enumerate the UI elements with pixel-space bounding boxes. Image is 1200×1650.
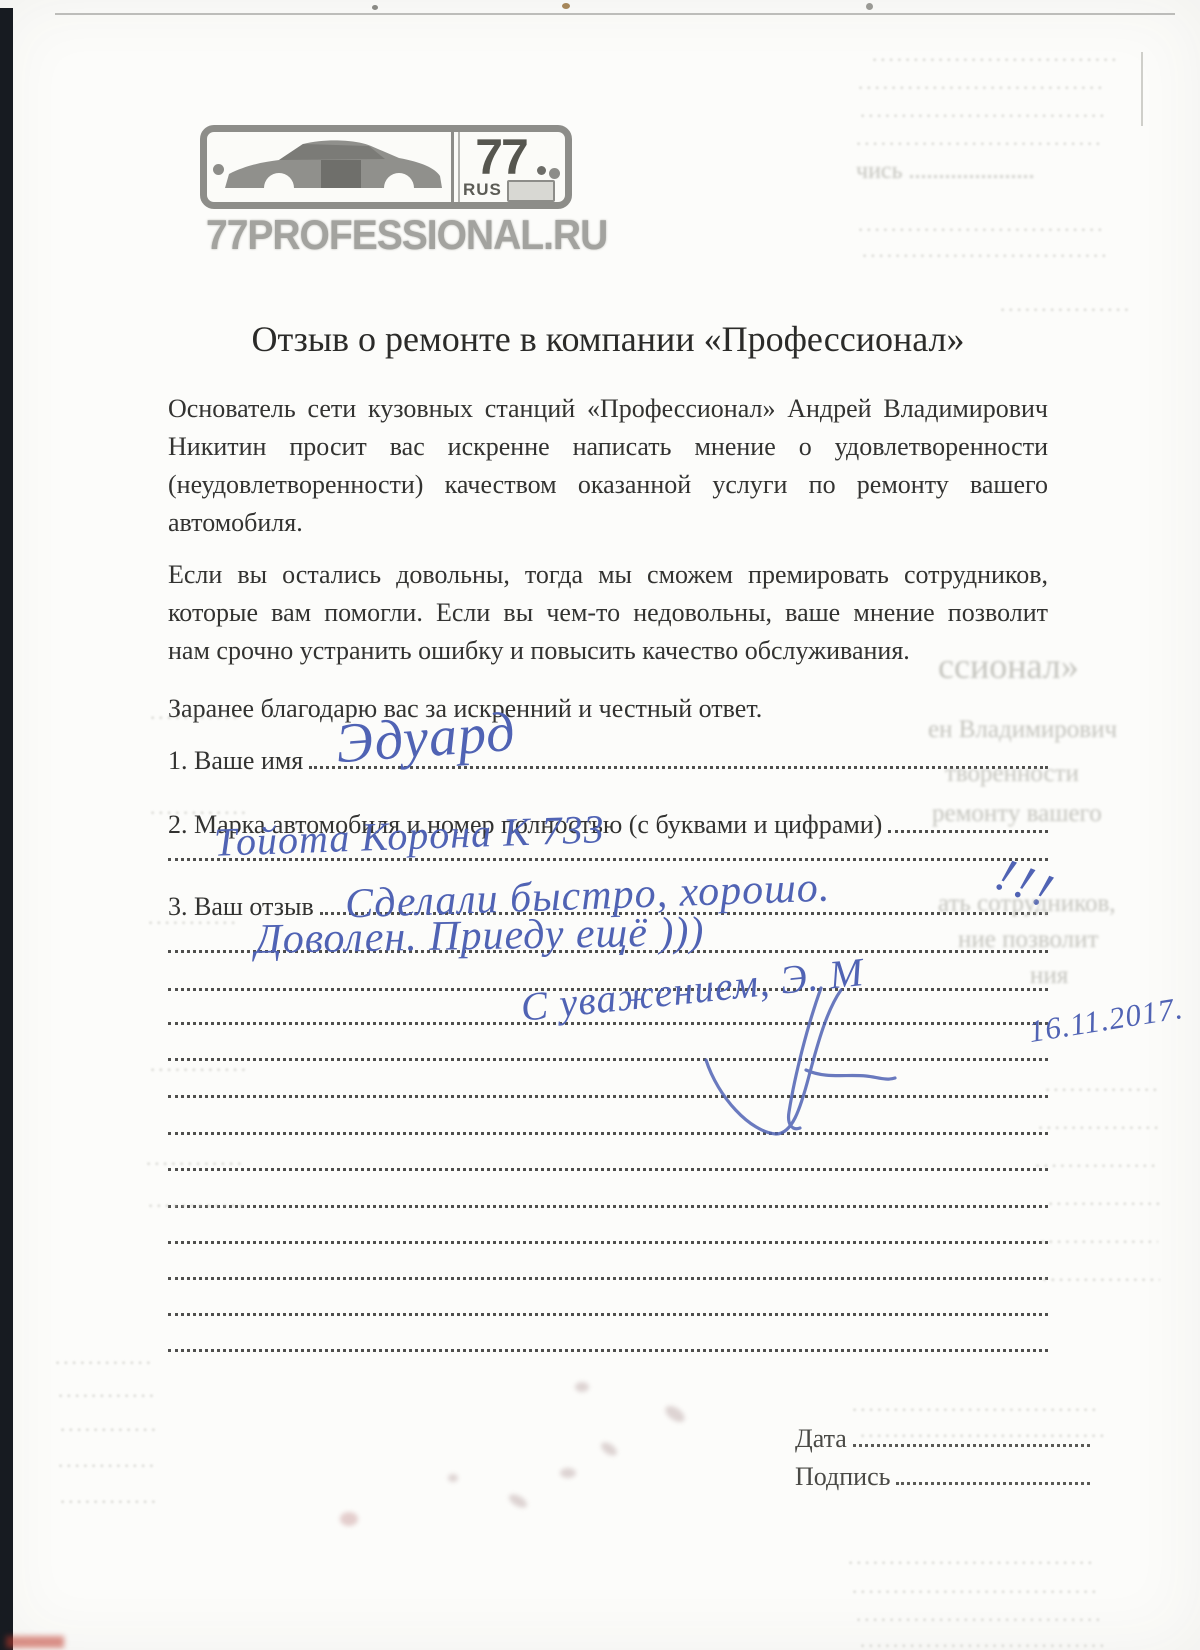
scan-smudge [507,1492,529,1511]
field-name: 1. Ваше имя [168,740,1048,776]
ghost-bleedthrough: ................ [146,1146,246,1171]
handwritten-name: Эдуард [334,700,518,776]
ghost-bleedthrough: .............................. [848,1545,1143,1570]
plate-number: 77 [465,128,537,186]
handwritten-review-line-2: Доволен. Приеду ещё ))) [255,908,705,964]
ghost-bleedthrough: ................ [60,1484,158,1509]
ghost-bleedthrough: .............................. [862,238,1147,263]
ghost-bleedthrough: ................ [1042,1262,1160,1287]
ghost-bleedthrough: ................ [150,795,245,820]
signature-label: Подпись [795,1462,890,1492]
dotted-line [168,1241,1048,1244]
plate-dot [537,166,546,175]
paragraph-line: автомобиля. [168,504,1048,542]
ghost-bleedthrough: ................ [150,1052,250,1077]
scan-speck [372,5,378,10]
ghost-bleedthrough: ................ [1035,1148,1160,1173]
scan-smudge [663,1403,688,1425]
handwritten-date: 16.11.2017. [1026,990,1186,1050]
scan-smudge [560,1468,576,1478]
scan-speck [562,3,570,9]
paragraph-line: Если вы остались довольны, тогда мы смож… [168,556,1048,594]
dotted-line [853,1444,1090,1447]
ghost-bleedthrough: ................ [150,700,240,725]
paragraph-line: Никитин просит вас искренне написать мне… [168,428,1048,466]
license-plate-logo: 77 RUS [200,125,572,209]
ghost-bleedthrough: .............................. [872,42,1142,67]
ghost-bleedthrough: ния [1030,962,1068,990]
ghost-bleedthrough: ен Владимирович [928,716,1117,744]
ghost-bleedthrough: .............................. [856,1602,1144,1627]
ghost-bleedthrough: ................ [58,1378,158,1403]
scan-smudge [575,1382,589,1392]
paragraph-line: (неудовлетворенности) качеством оказанно… [168,466,1048,504]
ghost-bleedthrough: ................ [1045,1072,1160,1097]
logo-site-text: 77PROFESSIONAL.RU [206,212,586,260]
intro-paragraph-1: Основатель сети кузовных станций «Профес… [168,390,1048,542]
scan-top-line [55,13,1175,15]
car-silhouette-icon [221,136,447,202]
dotted-line [168,1277,1048,1280]
scan-red-mark [6,1636,64,1648]
dotted-line [888,830,1048,833]
footer-signature: Подпись [795,1462,1090,1492]
ghost-bleedthrough: ................ [1038,1110,1158,1135]
ghost-bleedthrough: ................ [60,1412,158,1437]
paragraph-line: Основатель сети кузовных станций «Профес… [168,390,1048,428]
dotted-line [168,1205,1048,1208]
dotted-line [168,1313,1048,1316]
ghost-bleedthrough: ................ [1048,1186,1160,1211]
ghost-bleedthrough: ать сотрудников, [938,890,1116,918]
ghost-bleedthrough: .............................. [860,1418,1140,1443]
ghost-bleedthrough: ................ [148,905,238,930]
ghost-bleedthrough: ................ [148,1188,243,1213]
ghost-bleedthrough: ссионал» [938,645,1079,687]
ghost-bleedthrough: ................ [55,1345,155,1370]
date-label: Дата [795,1424,847,1454]
plate-bolt-icon [549,168,560,179]
ghost-bleedthrough: .............................. [856,126,1151,151]
ghost-bleedthrough: ................ [1000,292,1150,317]
scanned-feedback-form: 77 RUS 77PROFESSIONAL.RU Отзыв о ремонте… [0,0,1200,1650]
plate-bolt-icon [213,164,224,175]
page-title: Отзыв о ремонте в компании «Профессионал… [168,318,1048,360]
ghost-bleedthrough: .............................. [860,98,1150,123]
dotted-line [168,1349,1048,1352]
ghost-bleedthrough: .............................. [858,70,1148,95]
thanks-line: Заранее благодарю вас за искренний и чес… [168,690,1048,728]
scan-smudge [448,1474,458,1482]
plate-divider [451,132,460,202]
paragraph-line: которые вам помогли. Если вы чем-то недо… [168,594,1048,632]
dotted-line [896,1482,1090,1485]
ghost-bleedthrough: ние позволит [958,926,1098,954]
field-name-label: 1. Ваше имя [168,746,303,776]
ghost-bleedthrough: ................ [1040,1224,1158,1249]
ghost-bleedthrough: .............................. [858,212,1148,237]
ghost-bleedthrough: .............................. [852,1574,1142,1599]
ghost-bleedthrough: .............................. [852,1392,1142,1417]
handwritten-signature [688,982,918,1147]
ghost-bleedthrough: ремонту вашего [932,800,1102,828]
ghost-bleedthrough: чись ..................... [856,158,1035,185]
scan-smudge [599,1440,619,1459]
ghost-bleedthrough: творенности [945,760,1079,788]
intro-paragraph-2: Если вы остались довольны, тогда мы смож… [168,556,1048,670]
paragraph-line: нам срочно устранить ошибку и повысить к… [168,632,1048,670]
plate-flag [507,180,555,202]
ghost-bleedthrough: ................ [58,1448,158,1473]
scan-edge-bar [0,8,13,1650]
scan-smudge [340,1512,358,1526]
ghost-bleedthrough: .............................. [860,1628,1140,1650]
scan-speck [866,3,873,10]
plate-region: RUS [463,180,502,200]
dotted-line [168,1168,1048,1171]
